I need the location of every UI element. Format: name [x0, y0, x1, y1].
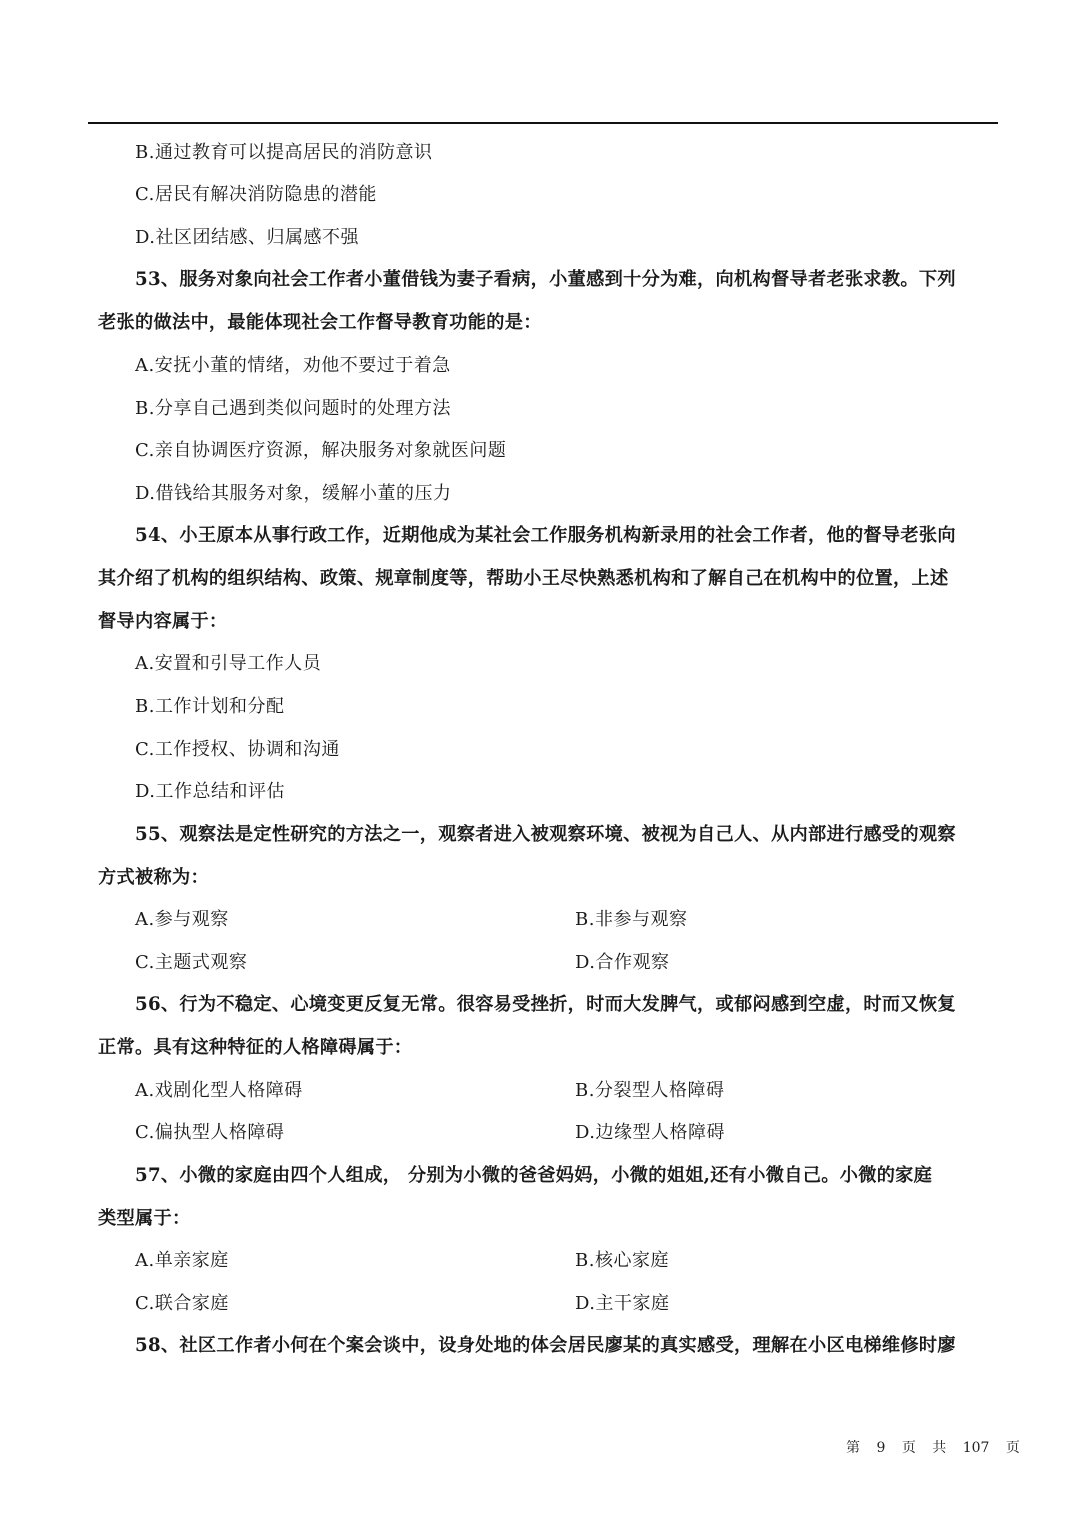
- footer-label-gong: 共: [932, 1440, 946, 1456]
- header-rule: [88, 122, 998, 124]
- footer-label-ye: 页: [902, 1440, 916, 1456]
- q56-option-a: A.戏剧化型人格障碍: [135, 1079, 303, 1103]
- q58-stem-line-1: 58、社区工作者小何在个案会谈中，设身处地的体会居民廖某的真实感受，理解在小区电…: [135, 1334, 956, 1358]
- q55-option-d: D.合作观察: [575, 951, 670, 975]
- q52-option-d: D.社区团结感、归属感不强: [135, 226, 359, 250]
- footer-total-pages: 107: [963, 1440, 990, 1456]
- q55-stem-line-1: 55、观察法是定性研究的方法之一，观察者进入被观察环境、被视为自己人、从内部进行…: [135, 823, 956, 847]
- q54-stem-line-2: 其介绍了机构的组织结构、政策、规章制度等，帮助小王尽快熟悉机构和了解自己在机构中…: [98, 567, 948, 591]
- q53-option-a: A.安抚小董的情绪，劝他不要过于着急: [135, 354, 451, 378]
- q57-option-a: A.单亲家庭: [135, 1249, 229, 1273]
- q55-stem-line-2: 方式被称为：: [98, 866, 209, 890]
- q56-option-b: B.分裂型人格障碍: [575, 1079, 724, 1103]
- q55-option-a: A.参与观察: [135, 908, 229, 932]
- q52-option-c: C.居民有解决消防隐患的潜能: [135, 183, 377, 207]
- q57-stem-line-1: 57、小微的家庭由四个人组成， 分别为小微的爸爸妈妈，小微的姐姐,还有小微自己。…: [135, 1164, 932, 1188]
- q56-stem-line-2: 正常。具有这种特征的人格障碍属于：: [98, 1036, 412, 1060]
- q55-option-c: C.主题式观察: [135, 951, 247, 975]
- q57-stem-line-2: 类型属于：: [98, 1207, 190, 1231]
- q53-option-d: D.借钱给其服务对象，缓解小董的压力: [135, 482, 452, 506]
- q57-option-c: C.联合家庭: [135, 1292, 229, 1316]
- footer-label-di: 第: [846, 1440, 860, 1456]
- q57-option-d: D.主干家庭: [575, 1292, 670, 1316]
- q52-option-b: B.通过教育可以提高居民的消防意识: [135, 141, 432, 165]
- q53-option-c: C.亲自协调医疗资源，解决服务对象就医问题: [135, 439, 506, 463]
- q57-option-b: B.核心家庭: [575, 1249, 669, 1273]
- page-footer: 第 9 页 共 107 页: [846, 1437, 1026, 1457]
- q56-stem-line-1: 56、行为不稳定、心境变更反复无常。很容易受挫折，时而大发脾气，或郁闷感到空虚，…: [135, 993, 956, 1017]
- footer-label-ye2: 页: [1006, 1440, 1020, 1456]
- q55-option-b: B.非参与观察: [575, 908, 687, 932]
- q53-option-b: B.分享自己遇到类似问题时的处理方法: [135, 397, 451, 421]
- q54-option-c: C.工作授权、协调和沟通: [135, 738, 340, 762]
- q53-stem-line-1: 53、服务对象向社会工作者小董借钱为妻子看病，小董感到十分为难，向机构督导者老张…: [135, 268, 956, 292]
- footer-current-page: 9: [876, 1440, 885, 1456]
- q54-option-a: A.安置和引导工作人员: [135, 652, 321, 676]
- q54-option-d: D.工作总结和评估: [135, 780, 285, 804]
- q53-stem-line-2: 老张的做法中，最能体现社会工作督导教育功能的是：: [98, 311, 542, 335]
- q54-option-b: B.工作计划和分配: [135, 695, 284, 719]
- q56-option-c: C.偏执型人格障碍: [135, 1121, 284, 1145]
- q54-stem-line-1: 54、小王原本从事行政工作，近期他成为某社会工作服务机构新录用的社会工作者，他的…: [135, 524, 956, 548]
- q54-stem-line-3: 督导内容属于：: [98, 610, 227, 634]
- q56-option-d: D.边缘型人格障碍: [575, 1121, 725, 1145]
